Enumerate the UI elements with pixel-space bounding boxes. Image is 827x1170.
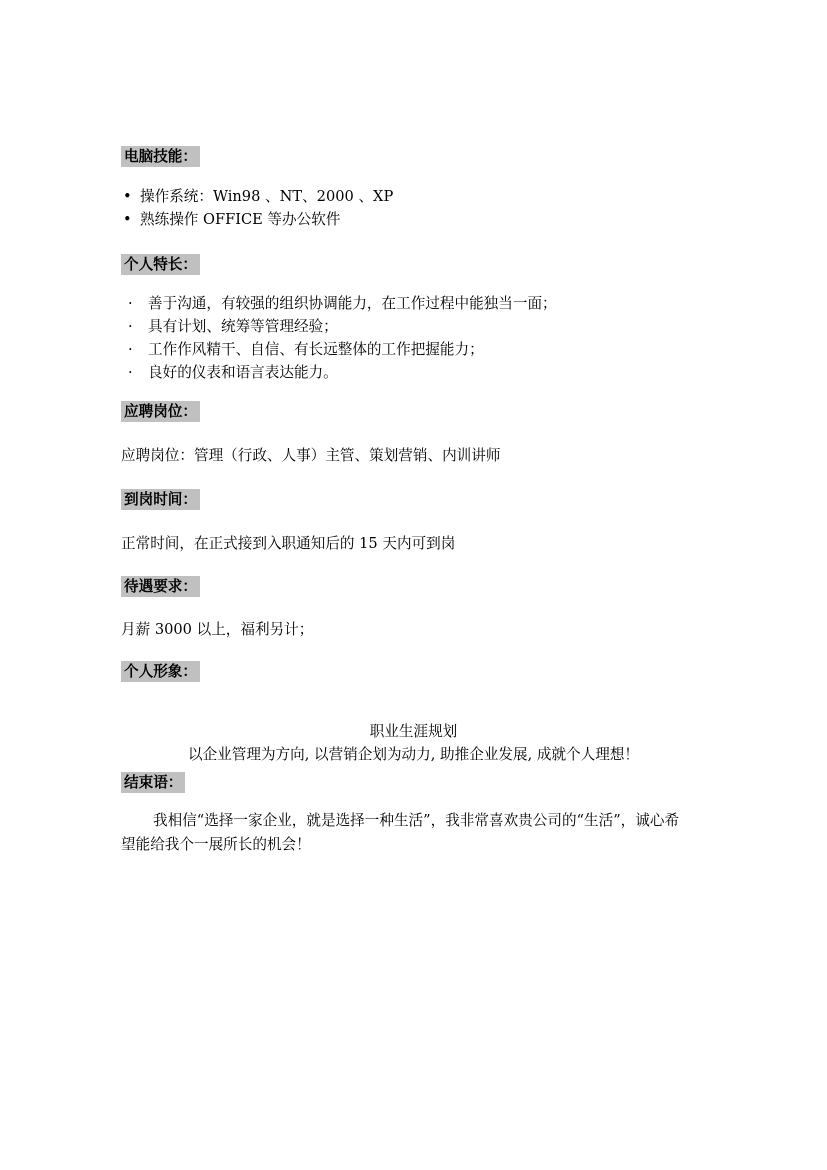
section-heading-salary: 待遇要求： xyxy=(121,576,200,597)
section-personal-image-heading-row: 个人形象： xyxy=(121,661,706,682)
career-plan-title: 职业生涯规划 xyxy=(121,720,706,743)
bullet-icon: • xyxy=(123,185,140,208)
salary-body-text: 月薪 3000 以上，福利另计； xyxy=(121,618,706,641)
list-item: · 工作作风精干、自信、有长远整体的工作把握能力； xyxy=(121,338,706,361)
position-body-text: 应聘岗位：管理（行政、人事）主管、策划营销、内训讲师 xyxy=(121,444,706,467)
list-item: • 操作系统：Win98 、NT、2000 、XP xyxy=(121,185,706,208)
bullet-icon: · xyxy=(128,292,148,315)
bullet-icon: · xyxy=(128,338,148,361)
list-item: · 良好的仪表和语言表达能力。 xyxy=(121,361,706,384)
list-item-text: 善于沟通，有较强的组织协调能力，在工作过程中能独当一面； xyxy=(148,292,557,315)
list-item: · 具有计划、统筹等管理经验； xyxy=(121,315,706,338)
computer-skills-list: • 操作系统：Win98 、NT、2000 、XP • 熟练操作 OFFICE … xyxy=(121,185,706,231)
section-heading-position: 应聘岗位： xyxy=(121,401,200,422)
availability-body-text: 正常时间，在正式接到入职通知后的 15 天内可到岗 xyxy=(121,532,706,555)
section-heading-availability: 到岗时间： xyxy=(121,489,200,510)
bullet-icon: • xyxy=(123,208,140,231)
list-item-text: 良好的仪表和语言表达能力。 xyxy=(148,361,338,384)
career-plan-subtitle: 以企业管理为方向, 以营销企划为动力, 助推企业发展, 成就个人理想！ xyxy=(121,743,706,766)
personal-strengths-list: · 善于沟通，有较强的组织协调能力，在工作过程中能独当一面； · 具有计划、统筹… xyxy=(121,292,706,384)
resume-document-page: 电脑技能： • 操作系统：Win98 、NT、2000 、XP • 熟练操作 O… xyxy=(0,0,827,1170)
section-availability-heading-row: 到岗时间： xyxy=(121,489,706,510)
bullet-icon: · xyxy=(128,361,148,384)
list-item-text: 操作系统：Win98 、NT、2000 、XP xyxy=(140,185,393,208)
section-personal-strengths-heading-row: 个人特长： xyxy=(121,254,706,275)
list-item-text: 熟练操作 OFFICE 等办公软件 xyxy=(140,208,340,231)
section-position-heading-row: 应聘岗位： xyxy=(121,401,706,422)
section-heading-closing: 结束语： xyxy=(121,772,185,793)
list-item: • 熟练操作 OFFICE 等办公软件 xyxy=(121,208,706,231)
list-item-text: 具有计划、统筹等管理经验； xyxy=(148,315,338,338)
section-heading-personal-strengths: 个人特长： xyxy=(121,254,200,275)
section-computer-skills-heading-row: 电脑技能： xyxy=(121,146,706,167)
list-item-text: 工作作风精干、自信、有长远整体的工作把握能力； xyxy=(148,338,484,361)
section-closing-heading-row: 结束语： xyxy=(121,772,706,793)
closing-paragraph: 我相信“选择一家企业，就是选择一种生活”，我非常喜欢贵公司的“生活”，诚心希 望… xyxy=(121,809,706,856)
list-item: · 善于沟通，有较强的组织协调能力，在工作过程中能独当一面； xyxy=(121,292,706,315)
section-salary-heading-row: 待遇要求： xyxy=(121,576,706,597)
section-heading-personal-image: 个人形象： xyxy=(121,661,200,682)
bullet-icon: · xyxy=(128,315,148,338)
closing-line: 望能给我个一展所长的机会！ xyxy=(121,833,706,857)
career-plan-block: 职业生涯规划 以企业管理为方向, 以营销企划为动力, 助推企业发展, 成就个人理… xyxy=(121,720,706,766)
section-heading-computer-skills: 电脑技能： xyxy=(121,146,200,167)
closing-line: 我相信“选择一家企业，就是选择一种生活”，我非常喜欢贵公司的“生活”，诚心希 xyxy=(121,809,706,833)
